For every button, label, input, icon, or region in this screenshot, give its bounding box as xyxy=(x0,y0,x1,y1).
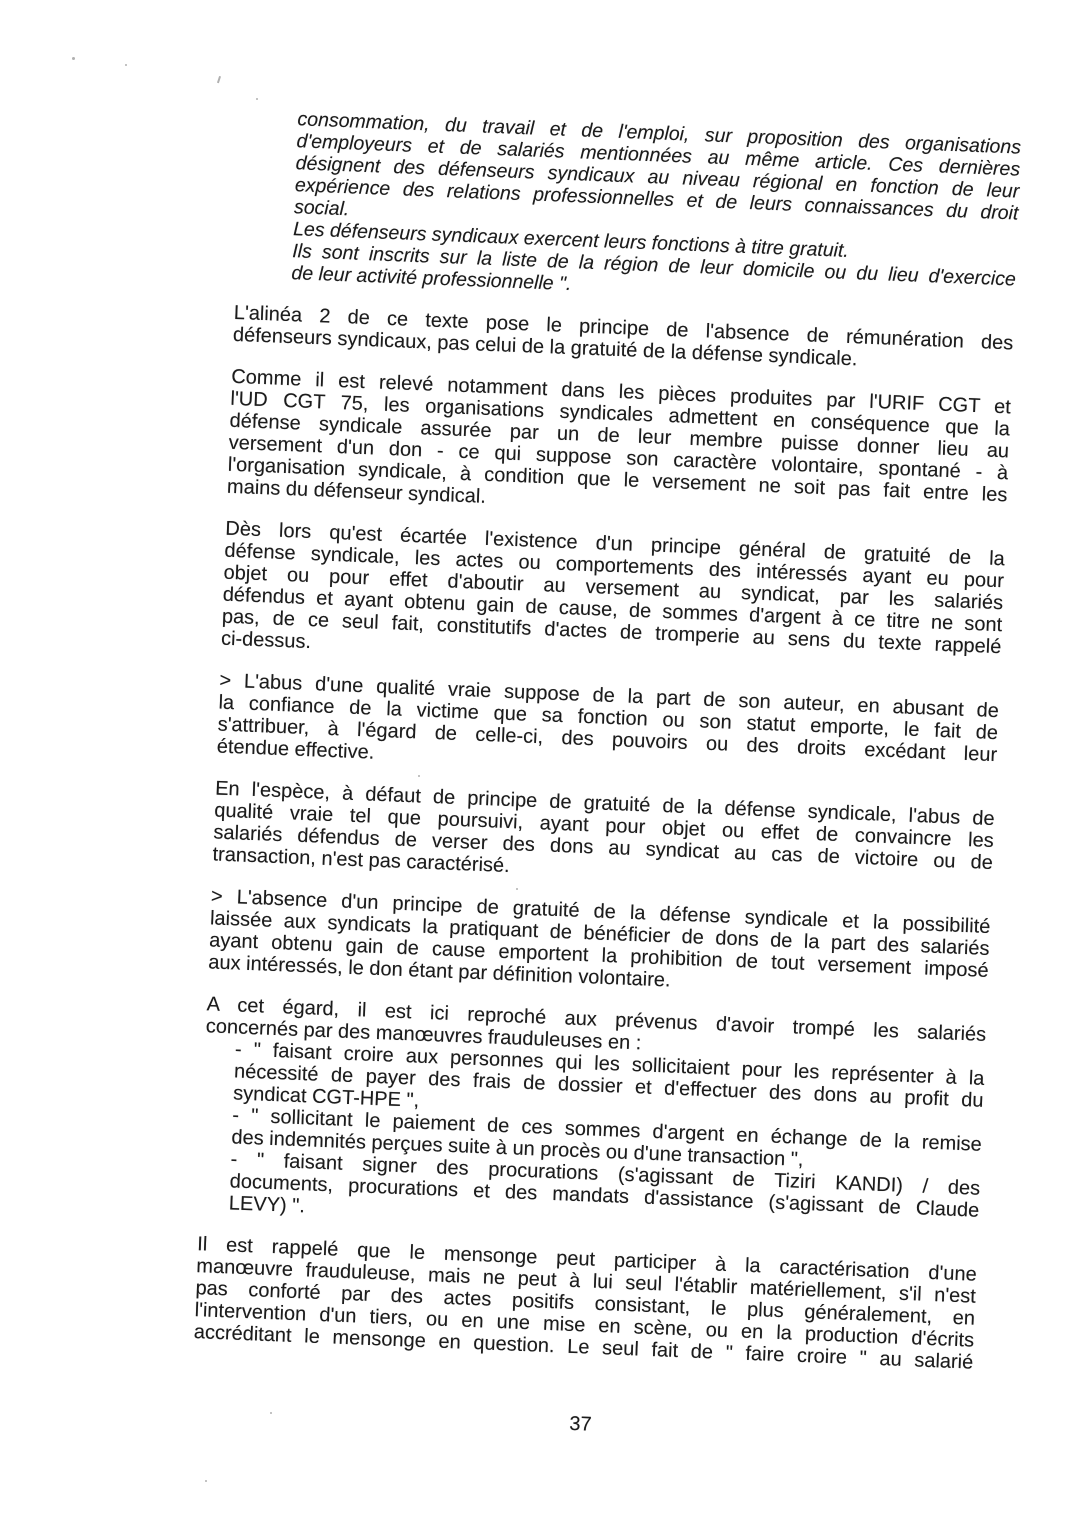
paragraph: En l'espèce, à défaut de principe de gra… xyxy=(212,777,995,896)
document-page: consommation, du travail et de l'emploi,… xyxy=(190,106,1021,1452)
scan-speck xyxy=(217,76,221,83)
paragraph: Il est rappelé que le mensonge peut part… xyxy=(193,1233,977,1374)
document-text: consommation, du travail et de l'emploi,… xyxy=(193,106,1021,1374)
scan-speck xyxy=(256,98,258,100)
paragraph: Comme il est relevé notamment dans les p… xyxy=(227,366,1012,529)
paragraph: Dès lors qu'est écartée l'existence d'un… xyxy=(221,518,1006,681)
scan-speck xyxy=(72,57,75,60)
scan-speck xyxy=(125,64,127,66)
page-number: 37 xyxy=(190,1398,970,1452)
quote-block: consommation, du travail et de l'emploi,… xyxy=(291,108,1021,312)
paragraph: > L'absence d'un principe de gratuité de… xyxy=(208,885,991,1004)
paragraph: A cet égard, il est ici reproché aux pré… xyxy=(199,993,987,1243)
paragraph: > L'abus d'une qualité vraie suppose de … xyxy=(216,670,999,789)
scan-speck xyxy=(205,1480,207,1482)
paragraph: L'alinéa 2 de ce texte pose le principe … xyxy=(233,302,1014,377)
